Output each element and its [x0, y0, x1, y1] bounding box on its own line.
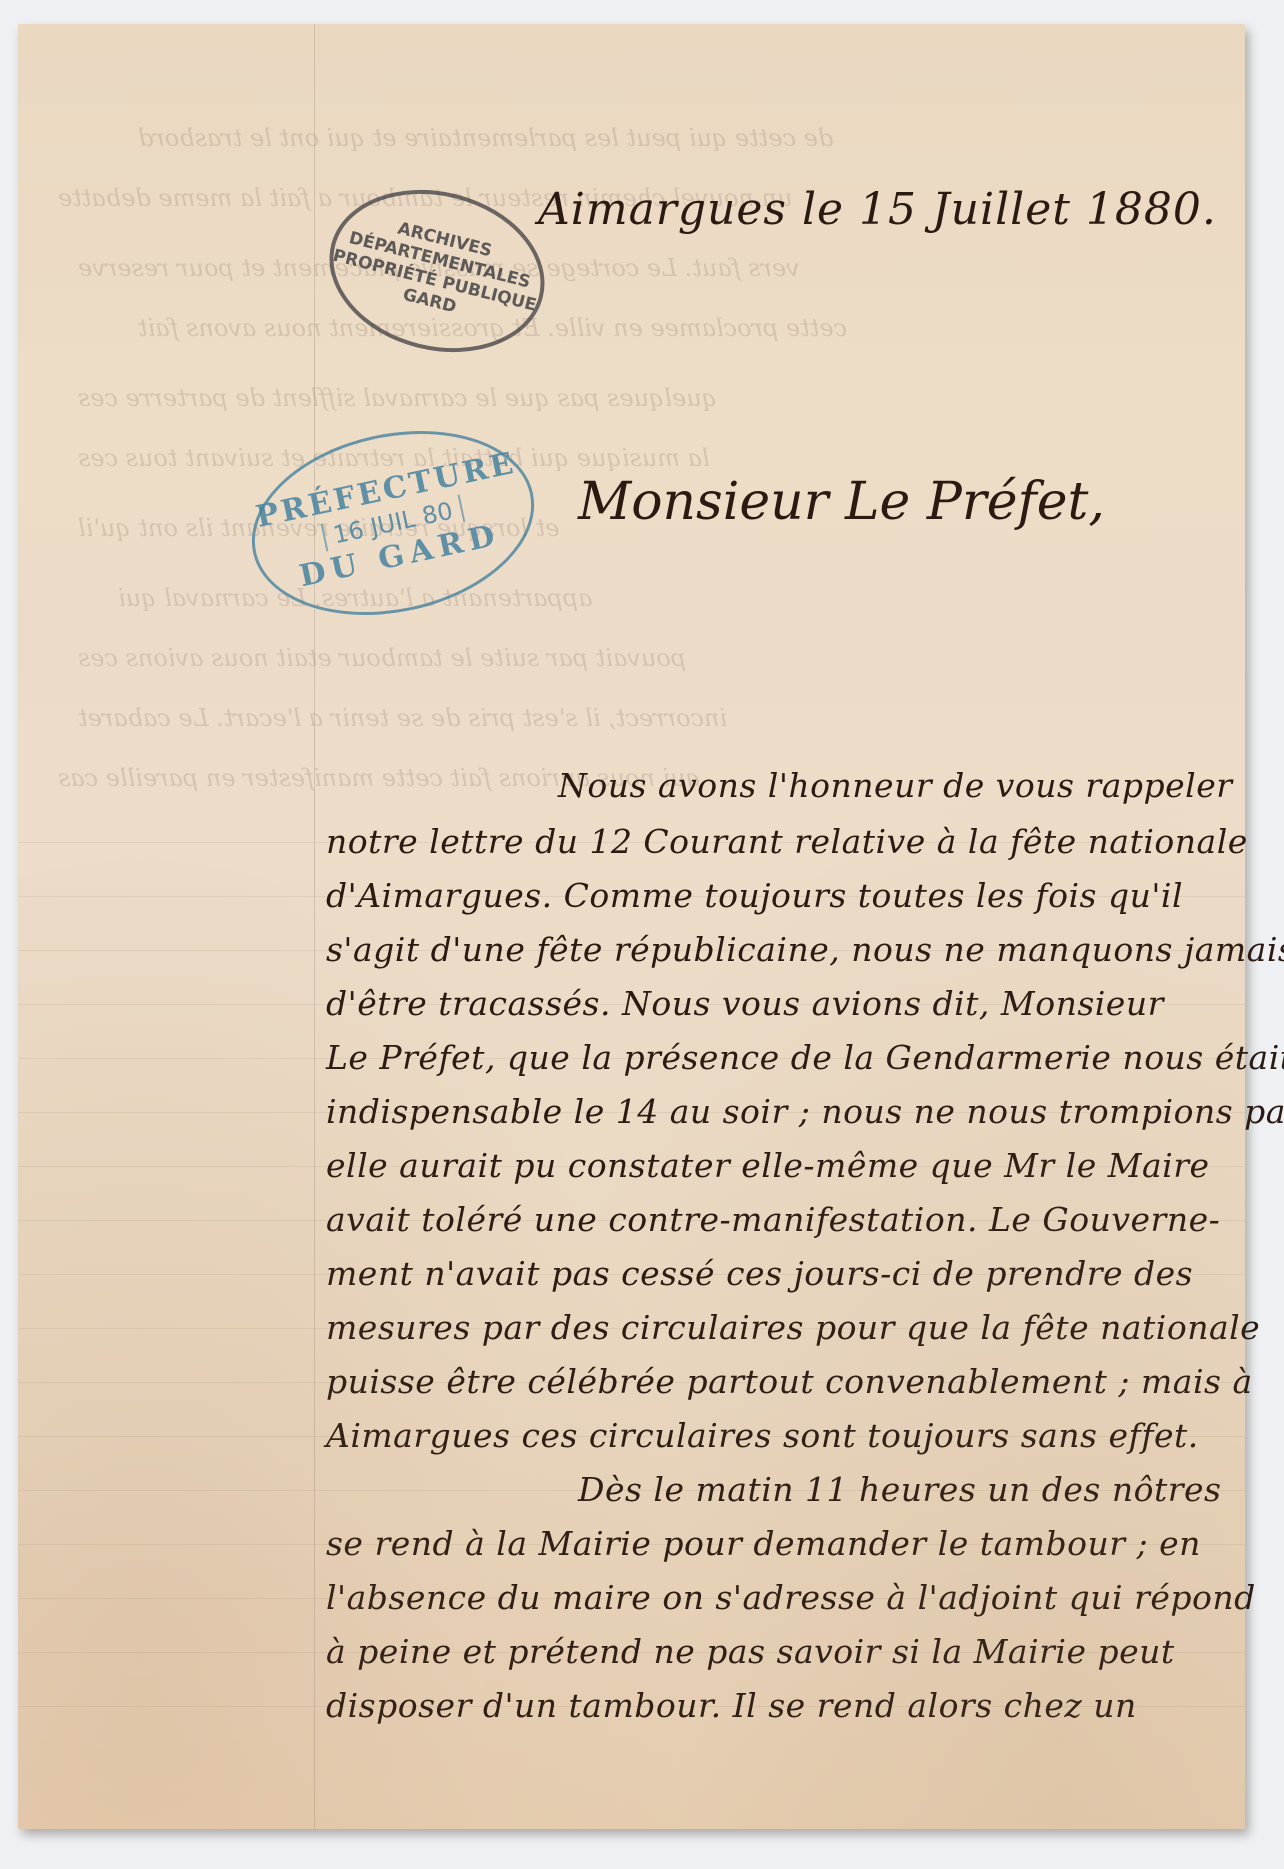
body-line: se rend à la Mairie pour demander le tam…: [326, 1524, 1201, 1563]
body-line: avait toléré une contre-manifestation. L…: [326, 1200, 1220, 1239]
body-line: l'absence du maire on s'adresse à l'adjo…: [326, 1578, 1256, 1617]
body-line: d'être tracassés. Nous vous avions dit, …: [326, 984, 1164, 1023]
body-line: Dès le matin 11 heures un des nôtres: [578, 1470, 1221, 1509]
bleed-through-text: incorrect, il s'est pris de se tenir a l…: [78, 704, 727, 732]
body-line: s'agit d'une fête républicaine, nous ne …: [326, 930, 1284, 969]
body-line: elle aurait pu constater elle-même que M…: [326, 1146, 1210, 1185]
body-line: indispensable le 14 au soir ; nous ne no…: [326, 1092, 1284, 1131]
body-line: disposer d'un tambour. Il se rend alors …: [326, 1686, 1137, 1725]
body-line: puisse être célébrée partout convenablem…: [326, 1362, 1253, 1401]
body-line: notre lettre du 12 Courant relative à la…: [326, 822, 1248, 861]
body-line: à peine et prétend ne pas savoir si la M…: [326, 1632, 1175, 1671]
bleed-through-text: quelques pas que le carnaval sifflent de…: [78, 384, 717, 412]
body-line: Nous avons l'honneur de vous rappeler: [558, 766, 1233, 805]
salutation: Monsieur Le Préfet,: [578, 472, 1105, 532]
body-line: Le Préfet, que la présence de la Gendarm…: [326, 1038, 1284, 1077]
body-line: mesures par des circulaires pour que la …: [326, 1308, 1260, 1347]
bleed-through-text: de cette qui peut les parlementaire et q…: [138, 124, 833, 152]
bleed-through-text: pouvait par suite le tambour etait nous …: [78, 644, 686, 672]
body-line: d'Aimargues. Comme toujours toutes les f…: [326, 876, 1183, 915]
margin-line: [314, 24, 315, 1829]
date-line: Aimargues le 15 Juillet 1880.: [538, 184, 1217, 235]
letter-page: de cette qui peut les parlementaire et q…: [18, 24, 1245, 1829]
body-line: ment n'avait pas cessé ces jours-ci de p…: [326, 1254, 1193, 1293]
body-line: Aimargues ces circulaires sont toujours …: [326, 1416, 1199, 1455]
